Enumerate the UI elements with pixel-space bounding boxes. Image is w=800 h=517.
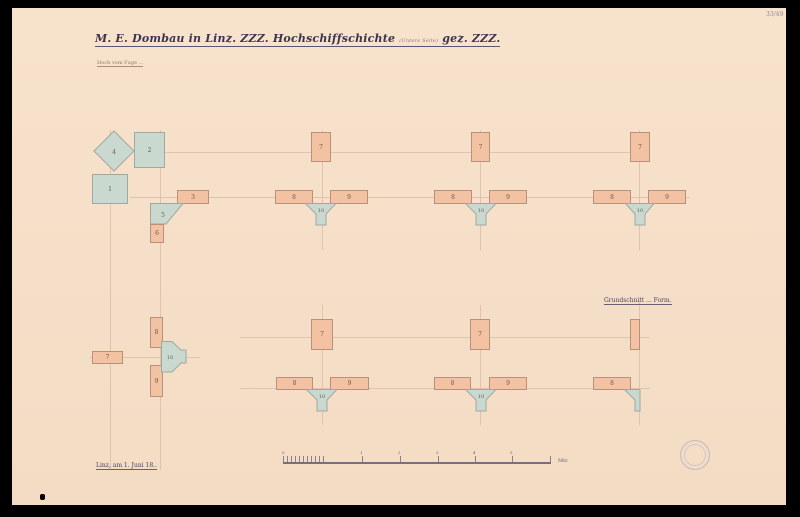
scale-tick [295, 456, 296, 462]
scale-tick [512, 456, 513, 462]
scale-tick [362, 456, 363, 462]
scale-bar: 0 1 2 3 4 5 [283, 456, 551, 464]
keystone-block-half [624, 389, 641, 412]
scale-label: 0 [282, 450, 285, 455]
keystone-block: 10 [625, 203, 655, 226]
title-suffix: gez. ZZZ. [442, 32, 500, 45]
stone-block-right: 9 [330, 190, 368, 204]
scale-tick [291, 456, 292, 462]
stone-block-lower-corner: 6 [150, 224, 164, 243]
scale-tick [287, 456, 288, 462]
stone-block-square: 2 [134, 132, 165, 168]
scale-label: 1 [360, 450, 363, 455]
stone-block-left: 8 [593, 190, 631, 204]
scale-tick [307, 456, 308, 462]
svg-text:10: 10 [167, 355, 173, 361]
signature-date: Linz, am 1. Juni 18.. [96, 462, 157, 470]
stone-block-top: 7 [470, 319, 490, 350]
scale-label: 3 [436, 450, 439, 455]
keystone-block-rotated: 10 [161, 341, 187, 373]
scale-tick [303, 456, 304, 462]
paper-tear [40, 494, 45, 500]
construction-line [160, 130, 161, 470]
stone-block-top: 7 [471, 132, 490, 162]
stone-block-right: 9 [489, 190, 527, 204]
keystone-block: 10 [305, 203, 337, 226]
scale-label: 4 [473, 450, 476, 455]
scale-label: 5 [510, 450, 513, 455]
keystone-block: 10 [465, 389, 497, 412]
title-note: (Untere Seite) [399, 38, 438, 44]
scale-tick [323, 456, 324, 462]
archive-stamp-icon [680, 440, 710, 470]
scale-tick [299, 456, 300, 462]
svg-text:10: 10 [319, 394, 325, 400]
drawing-subtitle: Hoch vom Fuge ... [97, 60, 143, 67]
scale-tick [475, 456, 476, 462]
svg-text:10: 10 [318, 208, 324, 214]
drawing-title: M. E. Dombau in Linz. ZZZ. Hochschiffsch… [95, 32, 500, 47]
title-text: M. E. Dombau in Linz. ZZZ. Hochschiffsch… [95, 32, 395, 45]
scale-tick [311, 456, 312, 462]
stone-block-top-half [630, 319, 640, 350]
scale-label: 2 [398, 450, 401, 455]
svg-text:10: 10 [478, 208, 484, 214]
stone-block-top: 7 [630, 132, 650, 162]
stone-block-left: 8 [275, 190, 313, 204]
stone-block-right: 9 [648, 190, 686, 204]
scale-tick [319, 456, 320, 462]
stone-block-corner: 5 [150, 203, 184, 225]
scale-tick [315, 456, 316, 462]
stone-block-top: 7 [311, 319, 333, 350]
stone-block-diamond: 4 [93, 130, 135, 172]
section-label: Grundschnitt ... Form. [604, 297, 672, 305]
keystone-block: 10 [465, 203, 497, 226]
stone-block-top: 7 [311, 132, 331, 162]
stone-block-left: 7 [92, 351, 123, 364]
svg-text:4: 4 [112, 149, 116, 156]
scale-tick [283, 456, 284, 462]
stone-block-right: 3 [177, 190, 209, 204]
scale-tick [550, 456, 551, 462]
svg-text:10: 10 [637, 208, 643, 214]
svg-text:5: 5 [161, 212, 165, 219]
scale-tick [438, 456, 439, 462]
drawing-sheet [12, 8, 786, 505]
scale-unit: Mtr. [558, 458, 569, 464]
scale-tick [400, 456, 401, 462]
sheet-number: 33/49 [766, 11, 783, 18]
svg-text:10: 10 [478, 394, 484, 400]
construction-line [240, 337, 650, 338]
stone-block-lower: 1 [92, 174, 128, 204]
stone-block-left: 8 [434, 190, 472, 204]
keystone-block: 10 [306, 389, 338, 412]
construction-line [150, 152, 650, 153]
